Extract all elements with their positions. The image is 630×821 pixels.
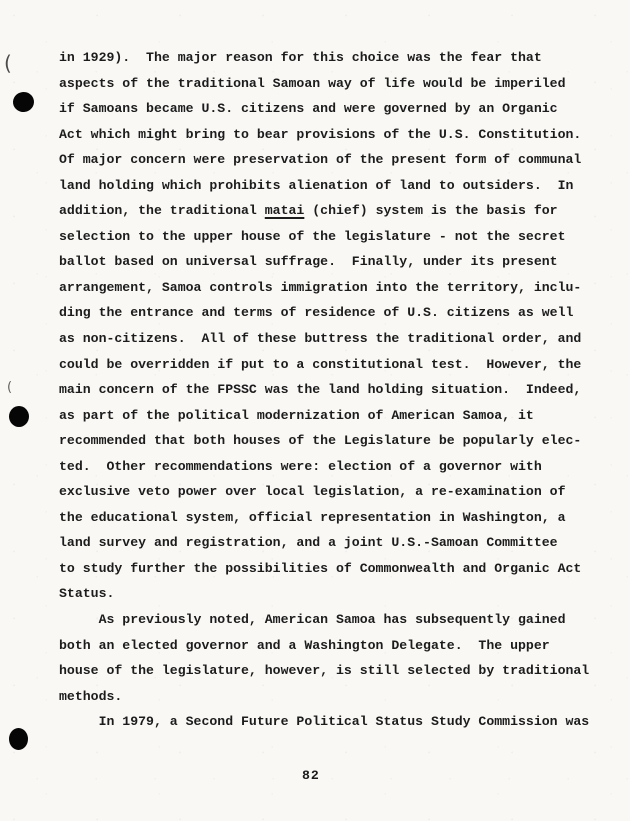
text-line: the educational system, official represe… — [59, 505, 599, 531]
text-segment: in 1929). The major reason for this choi… — [59, 50, 542, 65]
text-line: main concern of the FPSSC was the land h… — [59, 377, 599, 403]
text-segment: aspects of the traditional Samoan way of… — [59, 76, 565, 91]
text-segment: to study further the possibilities of Co… — [59, 561, 581, 576]
text-line: land survey and registration, and a join… — [59, 530, 599, 556]
paren-pen-mark: ( — [7, 380, 12, 395]
text-line: methods. — [59, 684, 599, 710]
text-segment: as non-citizens. All of these buttress t… — [59, 331, 581, 346]
text-segment: land holding which prohibits alienation … — [59, 178, 573, 193]
text-line: both an elected governor and a Washingto… — [59, 633, 599, 659]
punch-hole — [9, 406, 29, 427]
text-segment: if Samoans became U.S. citizens and were… — [59, 101, 558, 116]
text-segment: exclusive veto power over local legislat… — [59, 484, 565, 499]
underlined-term: matai — [265, 203, 305, 218]
text-segment: (chief) system is the basis for — [304, 203, 557, 218]
punch-hole — [12, 91, 36, 114]
text-line: addition, the traditional matai (chief) … — [59, 198, 599, 224]
text-segment: In 1979, a Second Future Political Statu… — [59, 714, 589, 729]
text-line: arrangement, Samoa controls immigration … — [59, 275, 599, 301]
text-line: Status. — [59, 581, 599, 607]
text-segment: could be overridden if put to a constitu… — [59, 357, 581, 372]
text-segment: selection to the upper house of the legi… — [59, 229, 565, 244]
text-segment: house of the legislature, however, is st… — [59, 663, 589, 678]
text-line: in 1929). The major reason for this choi… — [59, 45, 599, 71]
paren-pen-mark: ( — [4, 51, 12, 75]
page-number: 82 — [302, 768, 320, 783]
text-line: could be overridden if put to a constitu… — [59, 352, 599, 378]
text-segment: Status. — [59, 586, 114, 601]
text-line: selection to the upper house of the legi… — [59, 224, 599, 250]
text-line: if Samoans became U.S. citizens and were… — [59, 96, 599, 122]
punch-hole — [9, 728, 28, 750]
text-segment: Act which might bring to bear provisions… — [59, 127, 581, 142]
text-line: to study further the possibilities of Co… — [59, 556, 599, 582]
text-segment: arrangement, Samoa controls immigration … — [59, 280, 581, 295]
text-line: In 1979, a Second Future Political Statu… — [59, 709, 599, 735]
text-line: Act which might bring to bear provisions… — [59, 122, 599, 148]
text-segment: As previously noted, American Samoa has … — [59, 612, 565, 627]
text-line: recommended that both houses of the Legi… — [59, 428, 599, 454]
scanned-document-page: ( ( in 1929). The major reason for this … — [0, 0, 630, 821]
text-line: exclusive veto power over local legislat… — [59, 479, 599, 505]
text-segment: land survey and registration, and a join… — [59, 535, 558, 550]
text-line: as part of the political modernization o… — [59, 403, 599, 429]
text-segment: both an elected governor and a Washingto… — [59, 638, 550, 653]
text-segment: main concern of the FPSSC was the land h… — [59, 382, 581, 397]
text-segment: Of major concern were preservation of th… — [59, 152, 581, 167]
text-line: land holding which prohibits alienation … — [59, 173, 599, 199]
body-text: in 1929). The major reason for this choi… — [59, 45, 599, 735]
text-line: As previously noted, American Samoa has … — [59, 607, 599, 633]
text-segment: ballot based on universal suffrage. Fina… — [59, 254, 558, 269]
text-segment: ted. Other recommendations were: electio… — [59, 459, 542, 474]
text-line: ding the entrance and terms of residence… — [59, 300, 599, 326]
text-line: aspects of the traditional Samoan way of… — [59, 71, 599, 97]
text-line: ted. Other recommendations were: electio… — [59, 454, 599, 480]
text-segment: recommended that both houses of the Legi… — [59, 433, 581, 448]
text-line: Of major concern were preservation of th… — [59, 147, 599, 173]
text-segment: methods. — [59, 689, 122, 704]
text-segment: the educational system, official represe… — [59, 510, 565, 525]
text-line: house of the legislature, however, is st… — [59, 658, 599, 684]
text-segment: addition, the traditional — [59, 203, 265, 218]
text-segment: as part of the political modernization o… — [59, 408, 534, 423]
text-segment: ding the entrance and terms of residence… — [59, 305, 573, 320]
text-line: as non-citizens. All of these buttress t… — [59, 326, 599, 352]
text-line: ballot based on universal suffrage. Fina… — [59, 249, 599, 275]
